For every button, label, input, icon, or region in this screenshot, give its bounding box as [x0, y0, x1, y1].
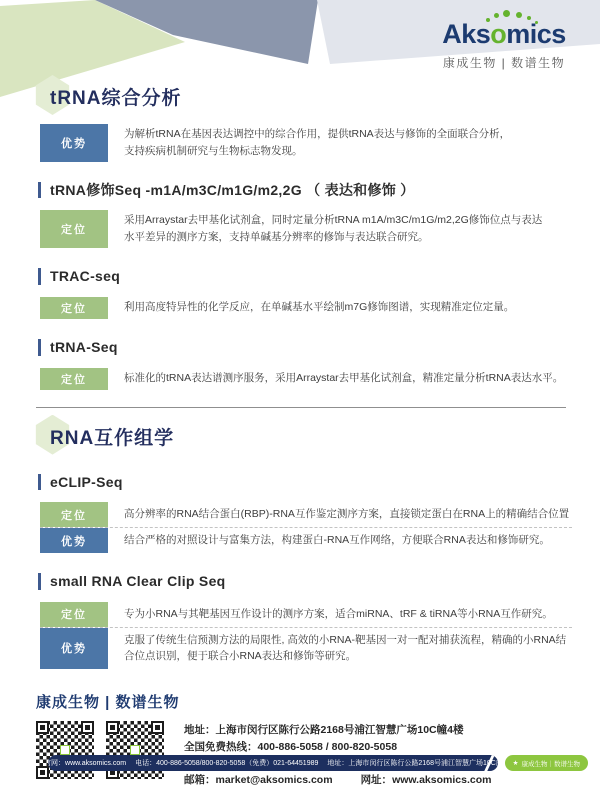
row-text: 利用高度特异性的化学反应，在单碱基水平绘制m7G修饰图谱，实现精准定位定量。	[124, 297, 572, 318]
section-divider	[36, 407, 566, 408]
page: Aksomics 康成生物 | 数谱生物 tRNA综合分析 优势 为解析tRNA…	[0, 0, 600, 808]
row-text: 采用Arraystar去甲基化试剂盒，同时定量分析tRNA m1A/m3C/m1…	[124, 210, 572, 248]
row-group: 定位 专为小RNA与其靶基因互作设计的测序方案，适合miRNA、tRF & ti…	[40, 602, 572, 669]
bottom-bar-phone: 电话：400-886-5058/800-820-5058（免费）021-6445…	[135, 758, 318, 768]
positioning-badge: 定位	[40, 502, 108, 527]
bottom-bar-brand-pill: ★ 康成生物｜数谱生物	[505, 755, 588, 771]
section-header-trna: tRNA综合分析	[50, 84, 572, 114]
item-title-trac-seq: TRAC-seq	[38, 268, 572, 285]
content: tRNA综合分析 优势 为解析tRNA在基因表达调控中的综合作用，提供tRNA表…	[0, 0, 600, 788]
info-row: 定位 利用高度特异性的化学反应，在单碱基水平绘制m7G修饰图谱，实现精准定位定量…	[40, 297, 572, 319]
section-title: RNA互作组学	[50, 424, 572, 454]
info-row: 定位 专为小RNA与其靶基因互作设计的测序方案，适合miRNA、tRF & ti…	[40, 602, 572, 627]
info-row: 定位 高分辨率的RNA结合蛋白(RBP)-RNA互作鉴定测序方案，直接锁定蛋白在…	[40, 502, 572, 527]
row-text: 高分辨率的RNA结合蛋白(RBP)-RNA互作鉴定测序方案，直接锁定蛋白在RNA…	[124, 502, 572, 527]
star-icon: ★	[513, 759, 519, 767]
bottom-bar-address: 地址：上海市闵行区陈行公路2168号浦江智慧广场10C座4楼	[327, 758, 497, 768]
bottom-bar-website: 官网：www.aksomics.com	[48, 758, 126, 768]
pill-label: 康成生物｜数谱生物	[522, 759, 581, 768]
info-row: 定位 标准化的tRNA表达谱测序服务，采用Arraystar去甲基化试剂盒，精准…	[40, 368, 572, 390]
item-title-small-rna-clear-clip-seq: small RNA Clear Clip Seq	[38, 573, 572, 590]
footer-brand-title: 康成生物 | 数谱生物	[36, 691, 572, 712]
advantage-badge: 优势	[40, 628, 108, 670]
row-text: 专为小RNA与其靶基因互作设计的测序方案，适合miRNA、tRF & tiRNA…	[124, 602, 572, 627]
positioning-badge: 定位	[40, 602, 108, 627]
bottom-bar: ● 官网：www.aksomics.com 电话：400-886-5058/80…	[48, 755, 588, 771]
advantage-badge: 优势	[40, 528, 108, 553]
row-text: 结合严格的对照设计与富集方法，构建蛋白-RNA互作网络，方便联合RNA表达和修饰…	[124, 528, 572, 553]
row-text: 克服了传统生信预测方法的局限性, 高效的小RNA-靶基因一对一配对捕获流程，精确…	[124, 628, 572, 670]
contact-hotline: 全国免费热线：400-886-5058 / 800-820-5058	[184, 739, 491, 756]
advantage-badge: 优势	[40, 124, 108, 162]
contact-email-web: 邮箱：market@aksomics.com网址：www.aksomics.co…	[184, 772, 491, 789]
positioning-badge: 定位	[40, 210, 108, 248]
section-header-rna-interactome: RNA互作组学	[50, 424, 572, 454]
info-row: 优势 结合严格的对照设计与富集方法，构建蛋白-RNA互作网络，方便联合RNA表达…	[40, 527, 572, 553]
bottom-bar-info: ● 官网：www.aksomics.com 电话：400-886-5058/80…	[48, 755, 498, 771]
positioning-badge: 定位	[40, 297, 108, 319]
row-group: 定位 高分辨率的RNA结合蛋白(RBP)-RNA互作鉴定测序方案，直接锁定蛋白在…	[40, 502, 572, 553]
item-title-trna-modseq: tRNA修饰Seq -m1A/m3C/m1G/m2,2G （ 表达和修饰 ）	[38, 182, 572, 199]
section-title: tRNA综合分析	[50, 84, 572, 114]
footer: 康成生物 | 数谱生物 地址：上海市闵行区陈行公路2168号浦江智慧广场10C幢…	[36, 691, 572, 788]
info-row: 优势 克服了传统生信预测方法的局限性, 高效的小RNA-靶基因一对一配对捕获流程…	[40, 627, 572, 670]
row-text: 为解析tRNA在基因表达调控中的综合作用，提供tRNA表达与修饰的全面联合分析，…	[124, 124, 572, 162]
item-title-trna-seq: tRNA-Seq	[38, 339, 572, 356]
contact-address: 地址：上海市闵行区陈行公路2168号浦江智慧广场10C幢4楼	[184, 722, 491, 739]
item-title-eclip-seq: eCLIP-Seq	[38, 474, 572, 491]
row-text: 标准化的tRNA表达谱测序服务，采用Arraystar去甲基化试剂盒，精准定量分…	[124, 368, 572, 389]
info-row: 优势 为解析tRNA在基因表达调控中的综合作用，提供tRNA表达与修饰的全面联合…	[40, 124, 572, 162]
positioning-badge: 定位	[40, 368, 108, 390]
info-row: 定位 采用Arraystar去甲基化试剂盒，同时定量分析tRNA m1A/m3C…	[40, 210, 572, 248]
